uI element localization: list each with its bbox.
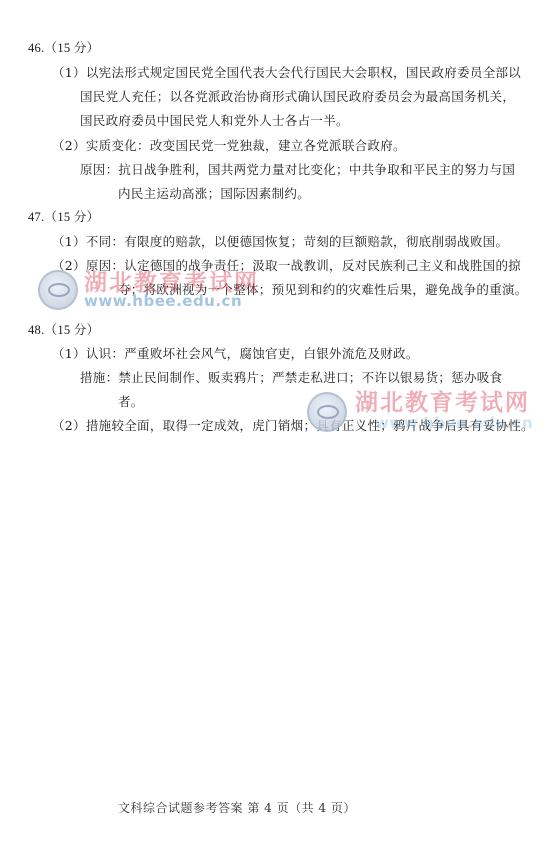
q46-part2-line2: 原因：抗日战争胜利，国共两党力量对比变化；中共争取和平民主的努力与国 <box>80 162 515 178</box>
q48-part2-line1: （2）措施较全面，取得一定成效，虎门销烟；具有正义性；鸦片战争后具有妥协性。 <box>52 418 534 434</box>
q46-part1-line2: 国民党人充任；以各党派政治协商形式确认国民政府委员会为最高国务机关， <box>80 89 515 105</box>
q46-part2-line3: 内民主运动高涨；国际因素制约。 <box>118 186 310 202</box>
question-47-heading: 47.（15 分） <box>28 209 99 225</box>
q46-part1-line1: （1）以宪法形式规定国民党全国代表大会代行国民大会职权，国民政府委员全部以 <box>52 65 521 81</box>
hbee-logo-icon <box>38 270 78 310</box>
watermark-text: 湖北教育考试网 <box>355 384 530 417</box>
q47-part2-line1: （2）原因：认定德国的战争责任；汲取一战教训，反对民族利己主义和战胜国的掠 <box>52 258 521 274</box>
q47-part1-line1: （1）不同：有限度的赔款，以便德国恢复；苛刻的巨额赔款，彻底削弱战败国。 <box>52 234 508 250</box>
page-footer: 文科综合试题参考答案 第 4 页（共 4 页） <box>118 799 356 816</box>
q48-part1-line3: 者。 <box>118 394 144 410</box>
q47-part2-line2: 夺；将欧洲视为一个整体；预见到和约的灾难性后果，避免战争的重演。 <box>118 282 528 298</box>
question-48-heading: 48.（15 分） <box>28 322 99 338</box>
q46-part2-line1: （2）实质变化：改变国民党一党独裁，建立各党派联合政府。 <box>52 138 406 154</box>
question-46-heading: 46.（15 分） <box>28 40 99 56</box>
q48-part1-line1: （1）认识：严重败坏社会风气，腐蚀官吏，白银外流危及财政。 <box>52 346 419 362</box>
q46-part1-line3: 国民政府委员中国民党人和党外人士各占一半。 <box>80 113 349 129</box>
q48-part1-line2: 措施：禁止民间制作、贩卖鸦片；严禁走私进口；不许以银易货；惩办吸食 <box>80 370 502 386</box>
